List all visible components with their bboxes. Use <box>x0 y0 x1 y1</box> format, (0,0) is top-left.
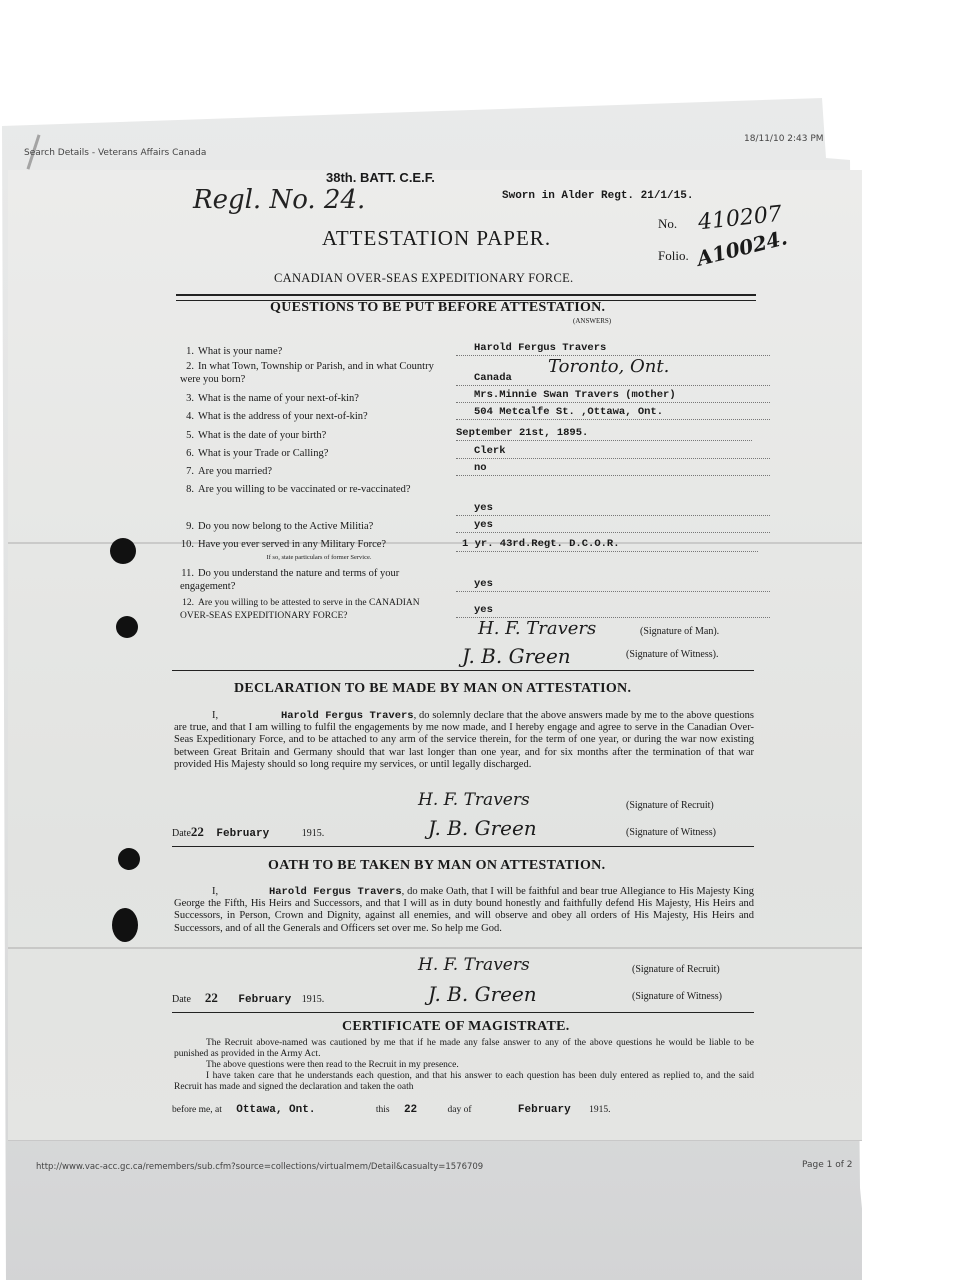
punch-hole <box>118 848 140 870</box>
fold-line <box>8 947 862 949</box>
oath-text: I, Harold Fergus Travers, do make Oath, … <box>174 886 754 935</box>
signature-of-witness: J. B. Green <box>462 644 571 668</box>
oath-signature-witness: J. B. Green <box>428 982 537 1006</box>
answer-4: 504 Metcalfe St. ,Ottawa, Ont. <box>456 406 770 420</box>
oath-date: Date22 February 1915. <box>172 990 324 1006</box>
oath-heading: OATH TO BE TAKEN BY MAN ON ATTESTATION. <box>268 858 605 874</box>
declaration-signature-recruit: H. F. Travers <box>418 790 530 810</box>
print-header-title: Search Details - Veterans Affairs Canada <box>24 148 206 158</box>
birthplace-handwritten: Toronto, Ont. <box>548 356 669 377</box>
question-12: 12.Are you willing to be attested to ser… <box>180 597 448 623</box>
question-6: 6.What is your Trade or Calling? <box>180 447 448 460</box>
question-11: 11.Do you understand the nature and term… <box>180 567 448 593</box>
signature-of-man: H. F. Travers <box>478 618 596 639</box>
battalion-stamp: 38th. BATT. C.E.F. <box>326 170 435 185</box>
answer-6: Clerk <box>456 445 770 459</box>
signature-of-man-label: (Signature of Man). <box>640 626 719 637</box>
answer-8: yes <box>456 502 770 516</box>
declaration-signature-recruit-label: (Signature of Recruit) <box>626 800 714 811</box>
number-label: No. <box>658 216 677 232</box>
answer-12: yes <box>456 604 770 618</box>
certificate-place-date: before me, at Ottawa, Ont. this 22 day o… <box>172 1104 610 1116</box>
question-5: 5.What is the date of your birth? <box>180 429 448 442</box>
print-header-timestamp: 18/11/10 2:43 PM <box>744 134 824 144</box>
punch-hole <box>110 538 136 564</box>
question-1: 1.What is your name? <box>180 345 448 358</box>
punch-hole <box>112 908 138 942</box>
answers-label: (ANSWERS) <box>573 317 611 325</box>
question-8: 8.Are you willing to be vaccinated or re… <box>180 483 448 496</box>
questions-heading: QUESTIONS TO BE PUT BEFORE ATTESTATION. <box>270 300 605 316</box>
oath-signature-recruit: H. F. Travers <box>418 955 530 975</box>
oath-signature-witness-label: (Signature of Witness) <box>632 991 722 1002</box>
declaration-heading: DECLARATION TO BE MADE BY MAN ON ATTESTA… <box>234 681 631 697</box>
oath-signature-recruit-label: (Signature of Recruit) <box>632 964 720 975</box>
answer-1: Harold Fergus Travers <box>456 342 770 356</box>
certificate-text: The Recruit above-named was cautioned by… <box>174 1038 754 1093</box>
question-7: 7.Are you married? <box>180 465 448 478</box>
print-footer-url: http://www.vac-acc.gc.ca/remembers/sub.c… <box>36 1162 483 1172</box>
sworn-note: Sworn in Alder Regt. 21/1/15. <box>502 190 693 202</box>
answer-5: September 21st, 1895. <box>456 427 752 441</box>
section-rule <box>172 846 754 847</box>
certificate-heading: CERTIFICATE OF MAGISTRATE. <box>342 1019 570 1035</box>
declaration-date: Date22 February 1915. <box>172 824 324 840</box>
question-2: 2.In what Town, Township or Parish, and … <box>180 360 448 386</box>
form-title: ATTESTATION PAPER. <box>322 226 551 251</box>
section-rule <box>172 1012 754 1013</box>
question-9: 9.Do you now belong to the Active Militi… <box>180 520 448 533</box>
question-4: 4.What is the address of your next-of-ki… <box>180 410 448 423</box>
declaration-signature-witness-label: (Signature of Witness) <box>626 827 716 838</box>
answer-7: no <box>456 462 770 476</box>
attestation-paper: 38th. BATT. C.E.F. Sworn in Alder Regt. … <box>8 170 862 1140</box>
regimental-number-handwritten: Regl. No. 24. <box>193 185 365 215</box>
answer-10: 1 yr. 43rd.Regt. D.C.O.R. <box>456 538 758 552</box>
print-footer-page-number: Page 1 of 2 <box>802 1160 853 1170</box>
question-10: 10.Have you ever served in any Military … <box>180 538 448 564</box>
section-rule <box>172 670 754 671</box>
declaration-signature-witness: J. B. Green <box>428 816 537 840</box>
punch-hole <box>116 616 138 638</box>
answer-11: yes <box>456 578 770 592</box>
declaration-text: I, Harold Fergus Travers, do solemnly de… <box>174 710 754 771</box>
answer-9: yes <box>456 519 770 533</box>
question-3: 3.What is the name of your next-of-kin? <box>180 392 448 405</box>
form-subtitle: CANADIAN OVER-SEAS EXPEDITIONARY FORCE. <box>274 271 573 286</box>
answer-3: Mrs.Minnie Swan Travers (mother) <box>456 389 770 403</box>
folio-label: Folio. <box>658 248 689 264</box>
signature-of-witness-label: (Signature of Witness). <box>626 649 718 660</box>
